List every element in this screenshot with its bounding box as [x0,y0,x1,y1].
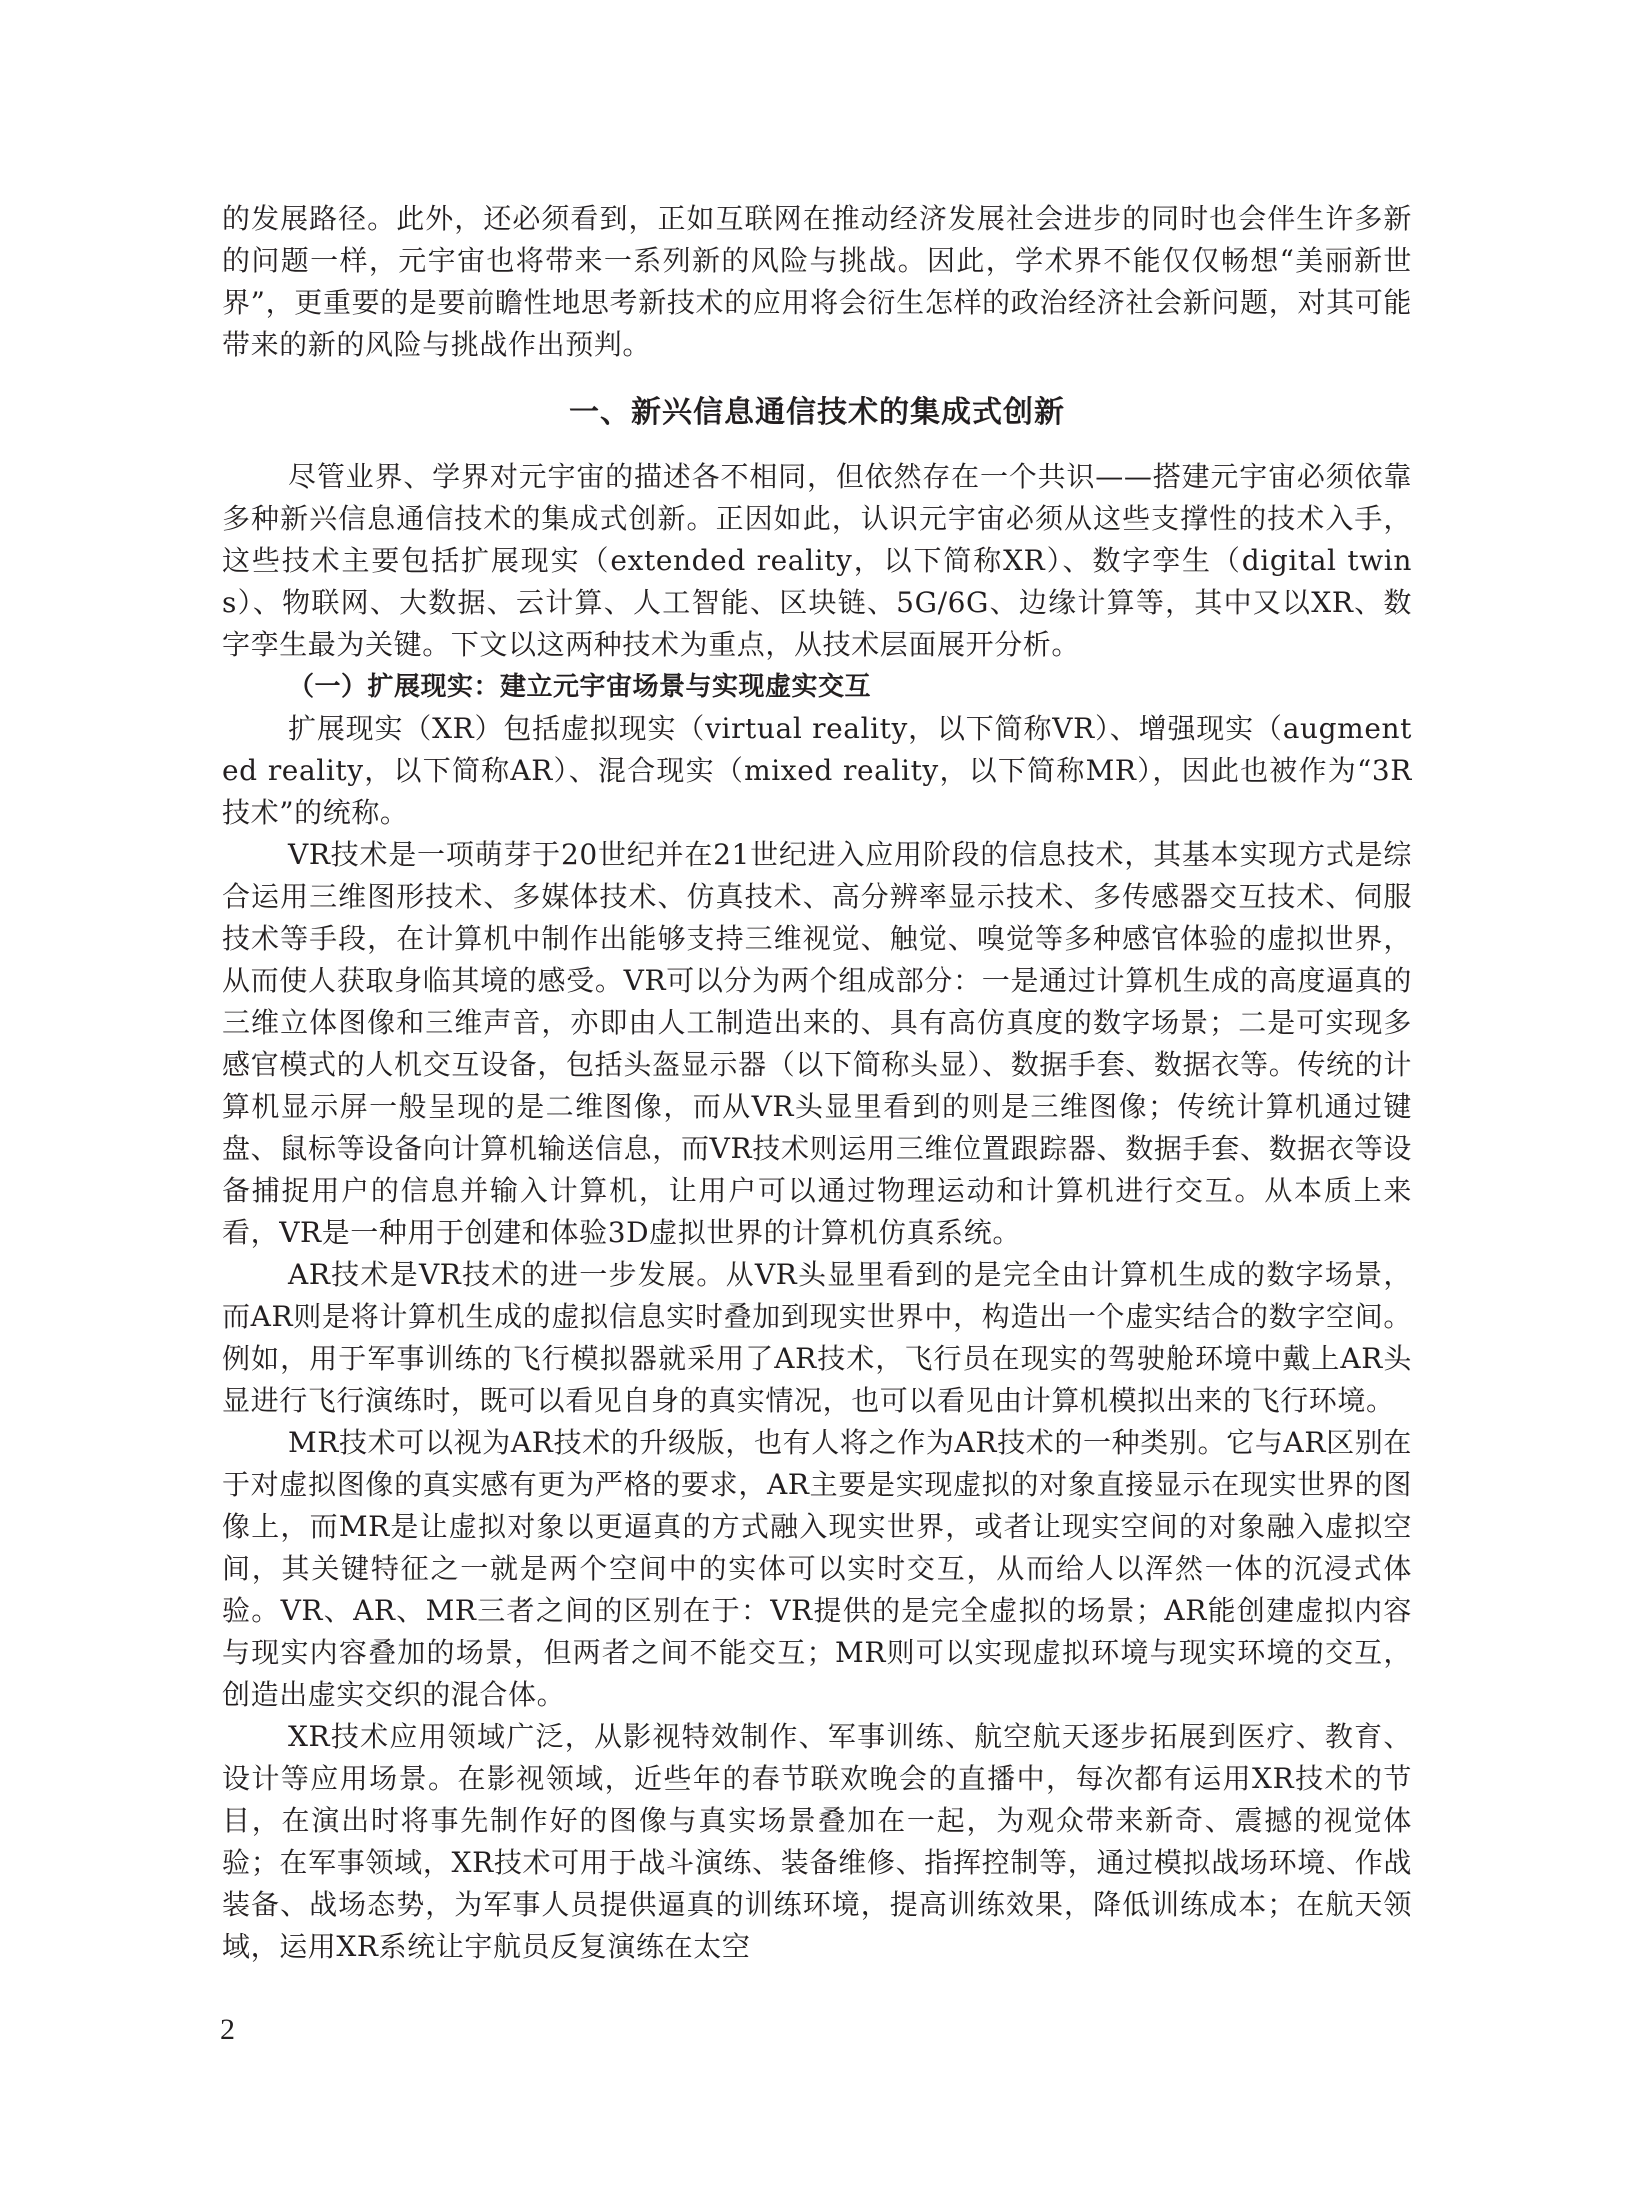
body-paragraph: AR技术是VR技术的进一步发展。从VR头显里看到的是完全由计算机生成的数字场景，… [222,1254,1412,1422]
body-paragraph: 扩展现实（XR）包括虚拟现实（virtual reality，以下简称VR）、增… [222,708,1412,834]
body-paragraph: VR技术是一项萌芽于20世纪并在21世纪进入应用阶段的信息技术，其基本实现方式是… [222,834,1412,1254]
subsection-heading: （一）扩展现实：建立元宇宙场景与实现虚实交互 [222,666,1412,708]
page-number: 2 [220,2012,235,2048]
section-heading: 一、新兴信息通信技术的集成式创新 [222,392,1412,434]
body-paragraph: MR技术可以视为AR技术的升级版，也有人将之作为AR技术的一种类别。它与AR区别… [222,1422,1412,1716]
intro-paragraph: 的发展路径。此外，还必须看到，正如互联网在推动经济发展社会进步的同时也会伴生许多… [222,198,1412,366]
page-body: 的发展路径。此外，还必须看到，正如互联网在推动经济发展社会进步的同时也会伴生许多… [222,198,1412,1968]
body-paragraph: XR技术应用领域广泛，从影视特效制作、军事训练、航空航天逐步拓展到医疗、教育、设… [222,1716,1412,1968]
body-paragraph: 尽管业界、学界对元宇宙的描述各不相同，但依然存在一个共识——搭建元宇宙必须依靠多… [222,456,1412,666]
